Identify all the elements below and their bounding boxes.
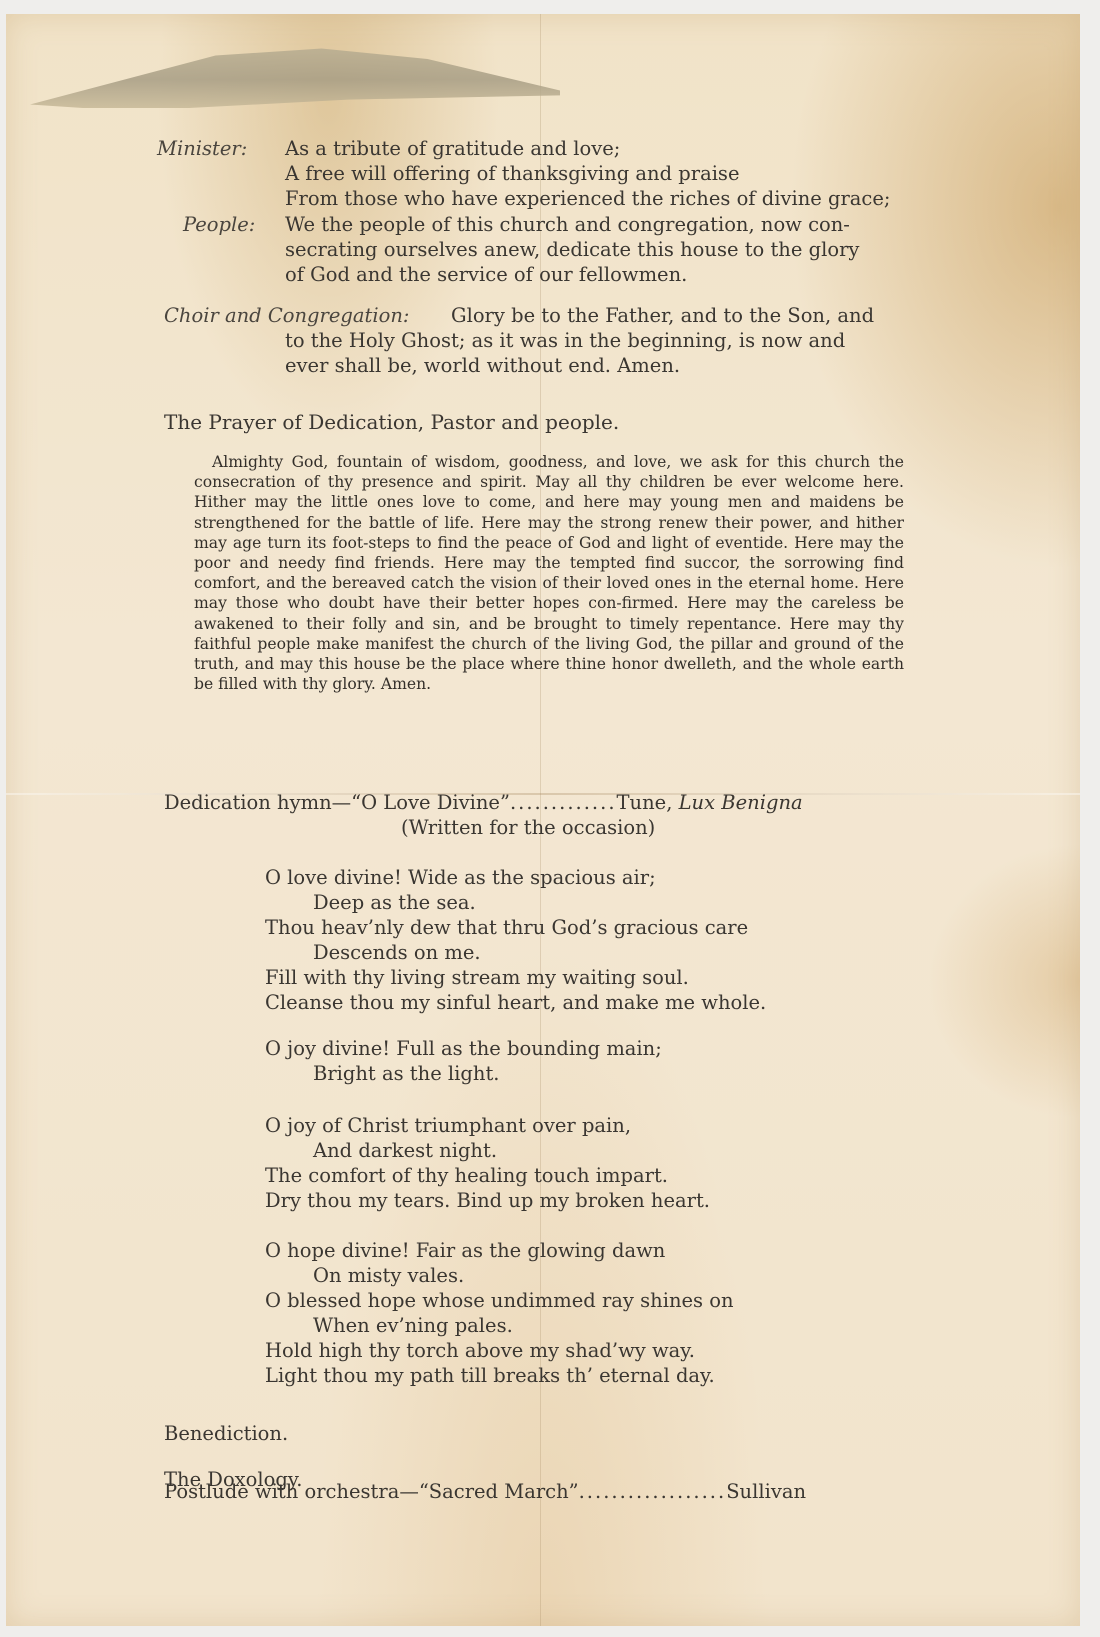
postlude-title: Postlude with orchestra—“Sacred March” (164, 1480, 579, 1503)
hymn-stanza: O joy of Christ triumphant over pain, An… (265, 1113, 710, 1213)
people-line: of God and the service of our fellowmen. (285, 262, 859, 287)
hymn-line: O joy divine! Full as the bounding main; (265, 1036, 662, 1061)
hymn-line: Bright as the light. (265, 1061, 662, 1086)
hymn-stanza: O hope divine! Fair as the glowing dawn … (265, 1238, 734, 1388)
prayer-heading: The Prayer of Dedication, Pastor and peo… (164, 410, 619, 435)
hymn-line: When ev’ning pales. (265, 1313, 734, 1338)
hymn-line: Light thou my path till breaks th’ etern… (265, 1363, 734, 1388)
hymn-line: Fill with thy living stream my waiting s… (265, 965, 766, 990)
gloria-line: Glory be to the Father, and to the Son, … (451, 303, 874, 328)
minister-text: As a tribute of gratitude and love; A fr… (285, 136, 890, 211)
hymn-line: The comfort of thy healing touch impart. (265, 1163, 710, 1188)
minister-line: As a tribute of gratitude and love; (285, 136, 890, 161)
hymn-line: Descends on me. (265, 940, 766, 965)
postlude: Postlude with orchestra—“Sacred March”..… (164, 1479, 806, 1504)
tune-prefix: Tune, (617, 791, 679, 814)
leader-dots: .................. (579, 1480, 727, 1503)
hymn-line: Hold high thy torch above my shad’wy way… (265, 1338, 734, 1363)
hymn-line: O joy of Christ triumphant over pain, (265, 1113, 710, 1138)
hymn-line: O hope divine! Fair as the glowing dawn (265, 1238, 734, 1263)
people-line: We the people of this church and congreg… (285, 212, 859, 237)
people-line: secrating ourselves anew, dedicate this … (285, 237, 859, 262)
gloria-line: to the Holy Ghost; as it was in the begi… (285, 328, 845, 353)
minister-line: From those who have experienced the rich… (285, 186, 890, 211)
hymn-line: On misty vales. (265, 1263, 734, 1288)
hymn-title-row: Dedication hymn—“O Love Divine”.........… (164, 790, 803, 815)
hymn-stanza: O love divine! Wide as the spacious air;… (265, 865, 766, 1015)
hymn-line: Dry thou my tears. Bind up my broken hea… (265, 1188, 710, 1213)
minister-line: A free will offering of thanksgiving and… (285, 161, 890, 186)
people-label: People: (183, 212, 255, 237)
hymn-line: Cleanse thou my sinful heart, and make m… (265, 990, 766, 1015)
hymn-line: And darkest night. (265, 1138, 710, 1163)
benediction: Benediction. (164, 1421, 288, 1446)
hymn-stanza: O joy divine! Full as the bounding main;… (265, 1036, 662, 1086)
gloria-label: Choir and Congregation: (164, 303, 409, 328)
composer: Sullivan (726, 1480, 806, 1503)
minister-label: Minister: (157, 136, 247, 161)
leader-dots: ............. (510, 791, 617, 814)
people-text: We the people of this church and congreg… (285, 212, 859, 287)
gloria-line: ever shall be, world without end. Amen. (285, 353, 680, 378)
hymn-line: Thou heav’nly dew that thru God’s gracio… (265, 915, 766, 940)
tune-name: Lux Benigna (679, 791, 803, 814)
prayer-text: Almighty God, fountain of wisdom, goodne… (194, 452, 904, 694)
hymn-subtitle: (Written for the occasion) (401, 815, 655, 840)
hymn-title: Dedication hymn—“O Love Divine” (164, 791, 510, 814)
hymn-line: O love divine! Wide as the spacious air; (265, 865, 766, 890)
hymn-line: O blessed hope whose undimmed ray shines… (265, 1288, 734, 1313)
hymn-line: Deep as the sea. (265, 890, 766, 915)
